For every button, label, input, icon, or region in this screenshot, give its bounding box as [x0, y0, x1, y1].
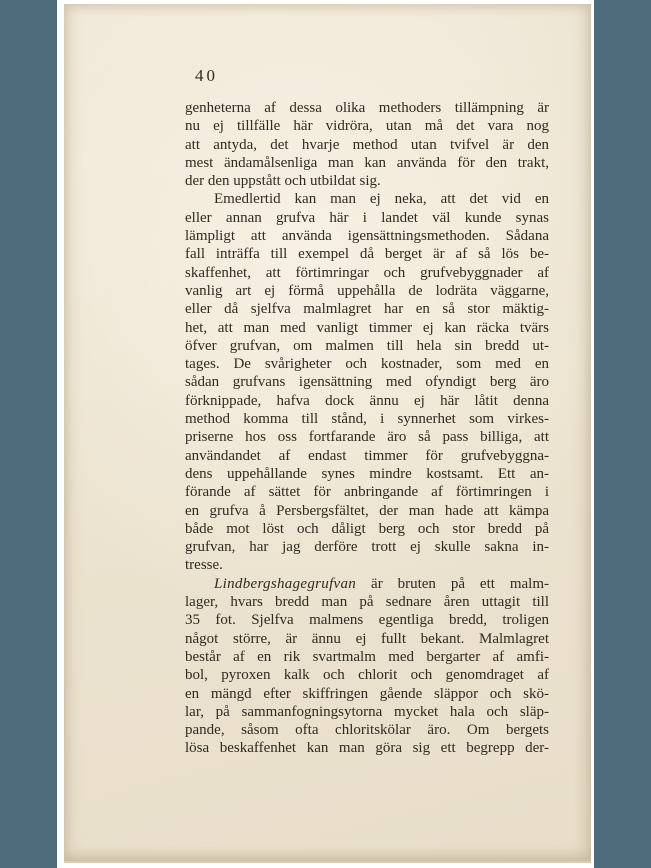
text-line: lager, hvars bredd man på sednare åren u…	[185, 593, 549, 611]
text-line: att antyda, det hvarje method utan tvifv…	[185, 136, 549, 154]
text-line: sådan grufvans igensättning med ofyndigt…	[185, 373, 549, 391]
text-line: dens uppehållande synes mindre kostsamt.…	[185, 465, 549, 483]
text-line: något större, är ännu ej fullt bekant. M…	[185, 630, 549, 648]
page-number: 40	[195, 66, 218, 86]
text-line: användandet af endast timmer för grufveb…	[185, 447, 549, 465]
text-line: priserne hos oss fortfarande äro så pass…	[185, 428, 549, 446]
text-line: pande, såsom ofta chloritskölar äro. Om …	[185, 721, 549, 739]
left-backing-board	[0, 0, 57, 868]
text-line: mest ändamålsenliga man kan använda för …	[185, 154, 549, 172]
text-line: het, att man med vanligt timmer ej kan r…	[185, 319, 549, 337]
text-line: eller då sjelfva malmlagret har en så st…	[185, 300, 549, 318]
text-line: skaffenhet, att förtimringar och grufveb…	[185, 264, 549, 282]
text-line: 35 fot. Sjelfva malmens egentliga bredd,…	[185, 611, 549, 629]
text-line: grufvan, har jag derföre trott ej skulle…	[185, 538, 549, 556]
text-line: både mot löst och dåligt berg och stor b…	[185, 520, 549, 538]
book-page-paper: 40 genheterna af dessa olika methoders t…	[64, 4, 591, 863]
italic-mine-name: Lindbergshagegrufvan	[214, 576, 356, 592]
text-line: nu ej tillfälle här vidröra, utan må det…	[185, 117, 549, 135]
text-line: vanlig art ej förmå uppehålla de lodräta…	[185, 282, 549, 300]
right-backing-board	[594, 0, 651, 868]
text-line: förande af sättet för anbringande af för…	[185, 483, 549, 501]
text-line: eller annan grufva här i landet väl kund…	[185, 209, 549, 227]
text-line: öfver grufvan, om malmen till hela sin b…	[185, 337, 549, 355]
text-line: förknippade, hafva dock ännu ej här låti…	[185, 392, 549, 410]
text-line: method komma till stånd, i synnerhet som…	[185, 410, 549, 428]
text-line: tages. De svårigheter och kostnader, som…	[185, 355, 549, 373]
text-line: bol, pyroxen kalk och chlorit och genomd…	[185, 666, 549, 684]
text-line: en grufva å Persbergsfältet, der man had…	[185, 502, 549, 520]
text-line: lämpligt att använda igensättningsmethod…	[185, 227, 549, 245]
text-line: der den uppstått och utbildat sig.	[185, 172, 549, 190]
text-line: består af en rik svartmalm med bergarter…	[185, 648, 549, 666]
text-line: Lindbergshagegrufvan är bruten på ett ma…	[185, 575, 549, 593]
text-line: en mängd efter skiffringen gående släppo…	[185, 685, 549, 703]
text-line: lar, på sammanfogningsytorna mycket hala…	[185, 703, 549, 721]
scanned-book-page: 40 genheterna af dessa olika methoders t…	[0, 0, 651, 868]
text-line: fall inträffa till exempel då berget är …	[185, 245, 549, 263]
text-line: Emedlertid kan man ej neka, att det vid …	[185, 190, 549, 208]
text-block: genheterna af dessa olika methoders till…	[185, 99, 549, 758]
text-line: lösa beskaffenhet kan man göra sig ett b…	[185, 739, 549, 757]
text-line: tresse.	[185, 556, 549, 574]
text-line: genheterna af dessa olika methoders till…	[185, 99, 549, 117]
